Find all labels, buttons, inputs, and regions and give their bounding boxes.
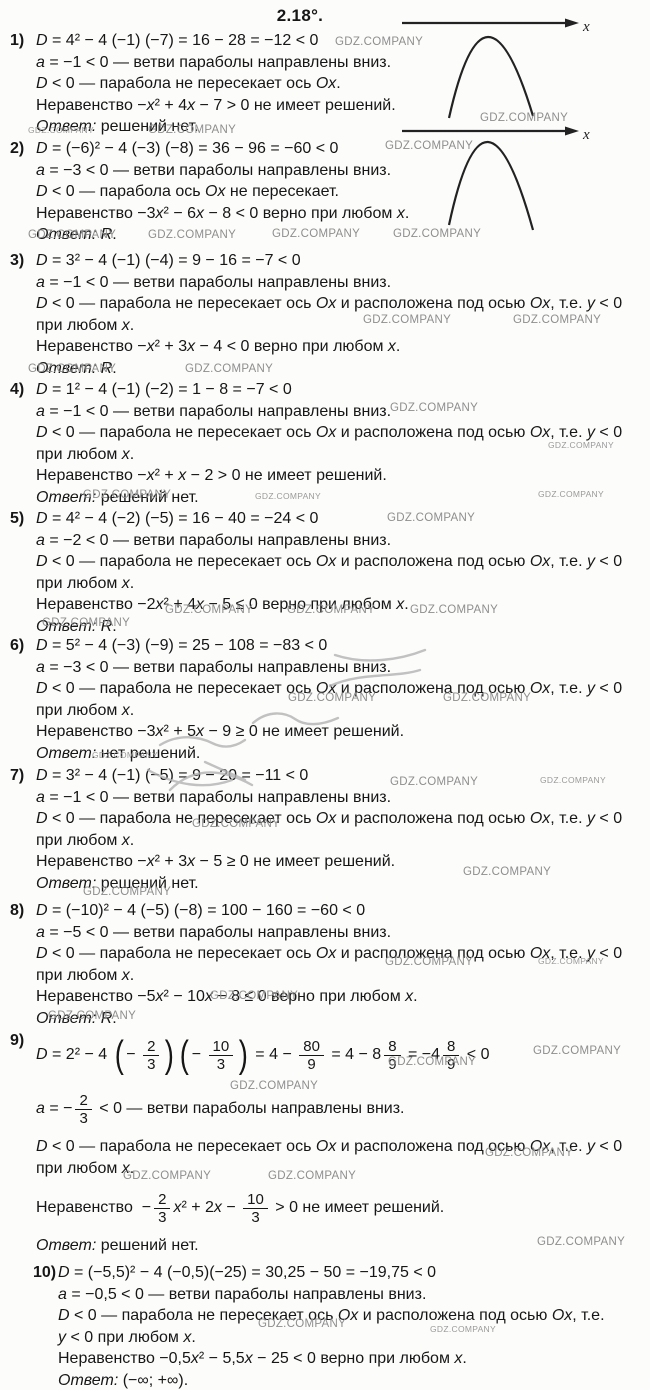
solution-line: Ответ: R. <box>36 358 622 380</box>
watermark: GDZ.COMPANY <box>463 866 551 878</box>
x-axis-1: x <box>402 19 590 36</box>
solution-line: Неравенство −3x² + 5x − 9 ≥ 0 не имеет р… <box>36 721 622 743</box>
problem-9: 9)D = 2² − 4 (− 23)(− 103) = 4 − 809 = 4… <box>10 1030 622 1257</box>
solution-line: D < 0 — парабола не пересекает ось Ox и … <box>36 943 622 965</box>
solution-line: D = 3² − 4 (−1) (−5) = 9 − 20 = −11 < 0 <box>36 765 622 787</box>
watermark: GDZ.COMPANY <box>287 604 375 616</box>
solution-line: D = (−10)² − 4 (−5) (−8) = 100 − 160 = −… <box>36 900 622 922</box>
solution-line: Неравенство −23x² + 2x − 103 > 0 не имее… <box>36 1185 622 1231</box>
solution-line: D = 5² − 4 (−3) (−9) = 25 − 108 = −83 < … <box>36 635 622 657</box>
parabola-sketches: x x <box>395 8 610 243</box>
solution-line: D < 0 — парабола не пересекает ось Ox. <box>36 73 396 95</box>
solution-line: D = 4² − 4 (−2) (−5) = 16 − 40 = −24 < 0 <box>36 508 622 530</box>
exercise-number: 2.18°. <box>185 6 415 26</box>
problem-number: 9) <box>10 1030 24 1052</box>
problem-number: 1) <box>10 30 24 52</box>
solution-line: Неравенство −3x² − 6x − 8 < 0 верно при … <box>36 203 409 225</box>
watermark: GDZ.COMPANY <box>28 229 116 241</box>
watermark: GDZ.COMPANY <box>513 314 601 326</box>
downward-parabola-2 <box>449 142 533 230</box>
problem-number: 7) <box>10 765 24 787</box>
problem-number: 10) <box>33 1262 56 1284</box>
solution-line: a = −1 < 0 — ветви параболы направлены в… <box>36 272 622 294</box>
watermark: GDZ.COMPANY <box>268 1170 356 1182</box>
solution-line: при любом x. <box>36 830 622 852</box>
solution-line: a = −3 < 0 — ветви параболы направлены в… <box>36 160 409 182</box>
solution-line: D < 0 — парабола не пересекает ось Ox и … <box>36 808 622 830</box>
watermark: GDZ.COMPANY <box>540 775 606 785</box>
problem-number: 3) <box>10 250 24 272</box>
watermark: GDZ.COMPANY <box>123 1170 211 1182</box>
watermark: GDZ.COMPANY <box>480 112 568 124</box>
watermark: GDZ.COMPANY <box>148 124 236 136</box>
solution-line: D < 0 — парабола не пересекает ось Ox и … <box>36 422 622 444</box>
solution-line: a = −23 < 0 — ветви параболы направлены … <box>36 1082 622 1136</box>
watermark: GDZ.COMPANY <box>385 140 473 152</box>
watermark: GDZ.COMPANY <box>185 363 273 375</box>
solution-line: при любом x. <box>36 965 622 987</box>
watermark: GDZ.COMPANY <box>148 229 236 241</box>
watermark: GDZ.COMPANY <box>538 956 604 966</box>
solution-line: Неравенство −5x² − 10x − 8 ≤ 0 верно при… <box>36 986 622 1008</box>
solution-line: D = (−5,5)² − 4 (−0,5)(−25) = 30,25 − 50… <box>58 1262 605 1284</box>
problem-number: 5) <box>10 508 24 530</box>
watermark: GDZ.COMPANY <box>485 1147 573 1159</box>
solution-line: Ответ: решений нет. <box>36 1235 622 1257</box>
watermark: GDZ.COMPANY <box>83 489 171 501</box>
watermark: GDZ.COMPANY <box>192 818 280 830</box>
watermark: GDZ.COMPANY <box>28 125 94 135</box>
arrowhead-icon <box>565 127 579 136</box>
watermark: GDZ.COMPANY <box>42 617 130 629</box>
watermark: GDZ.COMPANY <box>388 1056 476 1068</box>
solution-line: Ответ: (−∞; +∞). <box>58 1370 605 1390</box>
watermark: GDZ.COMPANY <box>410 604 498 616</box>
watermark: GDZ.COMPANY <box>537 1236 625 1248</box>
watermark: GDZ.COMPANY <box>288 692 376 704</box>
solution-line: Неравенство −0,5x² − 5,5x − 25 < 0 верно… <box>58 1348 605 1370</box>
solution-line: a = −3 < 0 — ветви параболы направлены в… <box>36 657 622 679</box>
watermark: GDZ.COMPANY <box>92 750 158 760</box>
solution-line: D < 0 — парабола не пересекает ось Ox и … <box>36 551 622 573</box>
watermark: GDZ.COMPANY <box>335 36 423 48</box>
watermark: GDZ.COMPANY <box>385 956 473 968</box>
watermark: GDZ.COMPANY <box>165 604 253 616</box>
solution-line: a = −1 < 0 — ветви параболы направлены в… <box>36 52 396 74</box>
watermark: GDZ.COMPANY <box>390 402 478 414</box>
problem-number: 8) <box>10 900 24 922</box>
problem-number: 6) <box>10 635 24 657</box>
solution-line: D < 0 — парабола не пересекает ось Ox и … <box>36 293 622 315</box>
solution-line: a = −1 < 0 — ветви параболы направлены в… <box>36 787 622 809</box>
watermark: GDZ.COMPANY <box>387 512 475 524</box>
watermark: GDZ.COMPANY <box>255 491 321 501</box>
watermark: GDZ.COMPANY <box>538 489 604 499</box>
watermark: GDZ.COMPANY <box>533 1045 621 1057</box>
solution-line: Неравенство −x² + x − 2 > 0 не имеет реш… <box>36 465 622 487</box>
solution-line: D = 3² − 4 (−1) (−4) = 9 − 16 = −7 < 0 <box>36 250 622 272</box>
watermark: GDZ.COMPANY <box>258 1318 346 1330</box>
solution-line: D < 0 — парабола ось Ox не пересекает. <box>36 181 409 203</box>
solution-line: a = −1 < 0 — ветви параболы направлены в… <box>36 401 622 423</box>
watermark: GDZ.COMPANY <box>548 440 614 450</box>
watermark: GDZ.COMPANY <box>443 692 531 704</box>
axis-label-x: x <box>582 127 590 143</box>
solution-line: a = −5 < 0 — ветви параболы направлены в… <box>36 922 622 944</box>
solution-line: Неравенство −x² + 3x − 4 < 0 верно при л… <box>36 336 622 358</box>
arrowhead-icon <box>565 19 579 28</box>
watermark: GDZ.COMPANY <box>83 886 171 898</box>
watermark: GDZ.COMPANY <box>210 990 298 1002</box>
solution-line: Неравенство −x² + 4x − 7 > 0 не имеет ре… <box>36 95 396 117</box>
watermark: GDZ.COMPANY <box>48 1010 136 1022</box>
problem-number: 2) <box>10 138 24 160</box>
downward-parabola-1 <box>449 37 533 118</box>
watermark: GDZ.COMPANY <box>363 314 451 326</box>
problem-number: 4) <box>10 379 24 401</box>
solution-line: при любом x. <box>36 444 622 466</box>
solution-line: a = −0,5 < 0 — ветви параболы направлены… <box>58 1284 605 1306</box>
solution-line: при любом x. <box>36 573 622 595</box>
watermark: GDZ.COMPANY <box>430 1324 496 1334</box>
watermark: GDZ.COMPANY <box>393 228 481 240</box>
solution-line: D = 1² − 4 (−1) (−2) = 1 − 8 = −7 < 0 <box>36 379 622 401</box>
solution-line: a = −2 < 0 — ветви параболы направлены в… <box>36 530 622 552</box>
watermark: GDZ.COMPANY <box>390 776 478 788</box>
axis-label-x: x <box>582 19 590 35</box>
watermark: GDZ.COMPANY <box>230 1080 318 1092</box>
watermark: GDZ.COMPANY <box>28 363 116 375</box>
watermark: GDZ.COMPANY <box>272 228 360 240</box>
solution-line: D = (−6)² − 4 (−3) (−8) = 36 − 96 = −60 … <box>36 138 409 160</box>
